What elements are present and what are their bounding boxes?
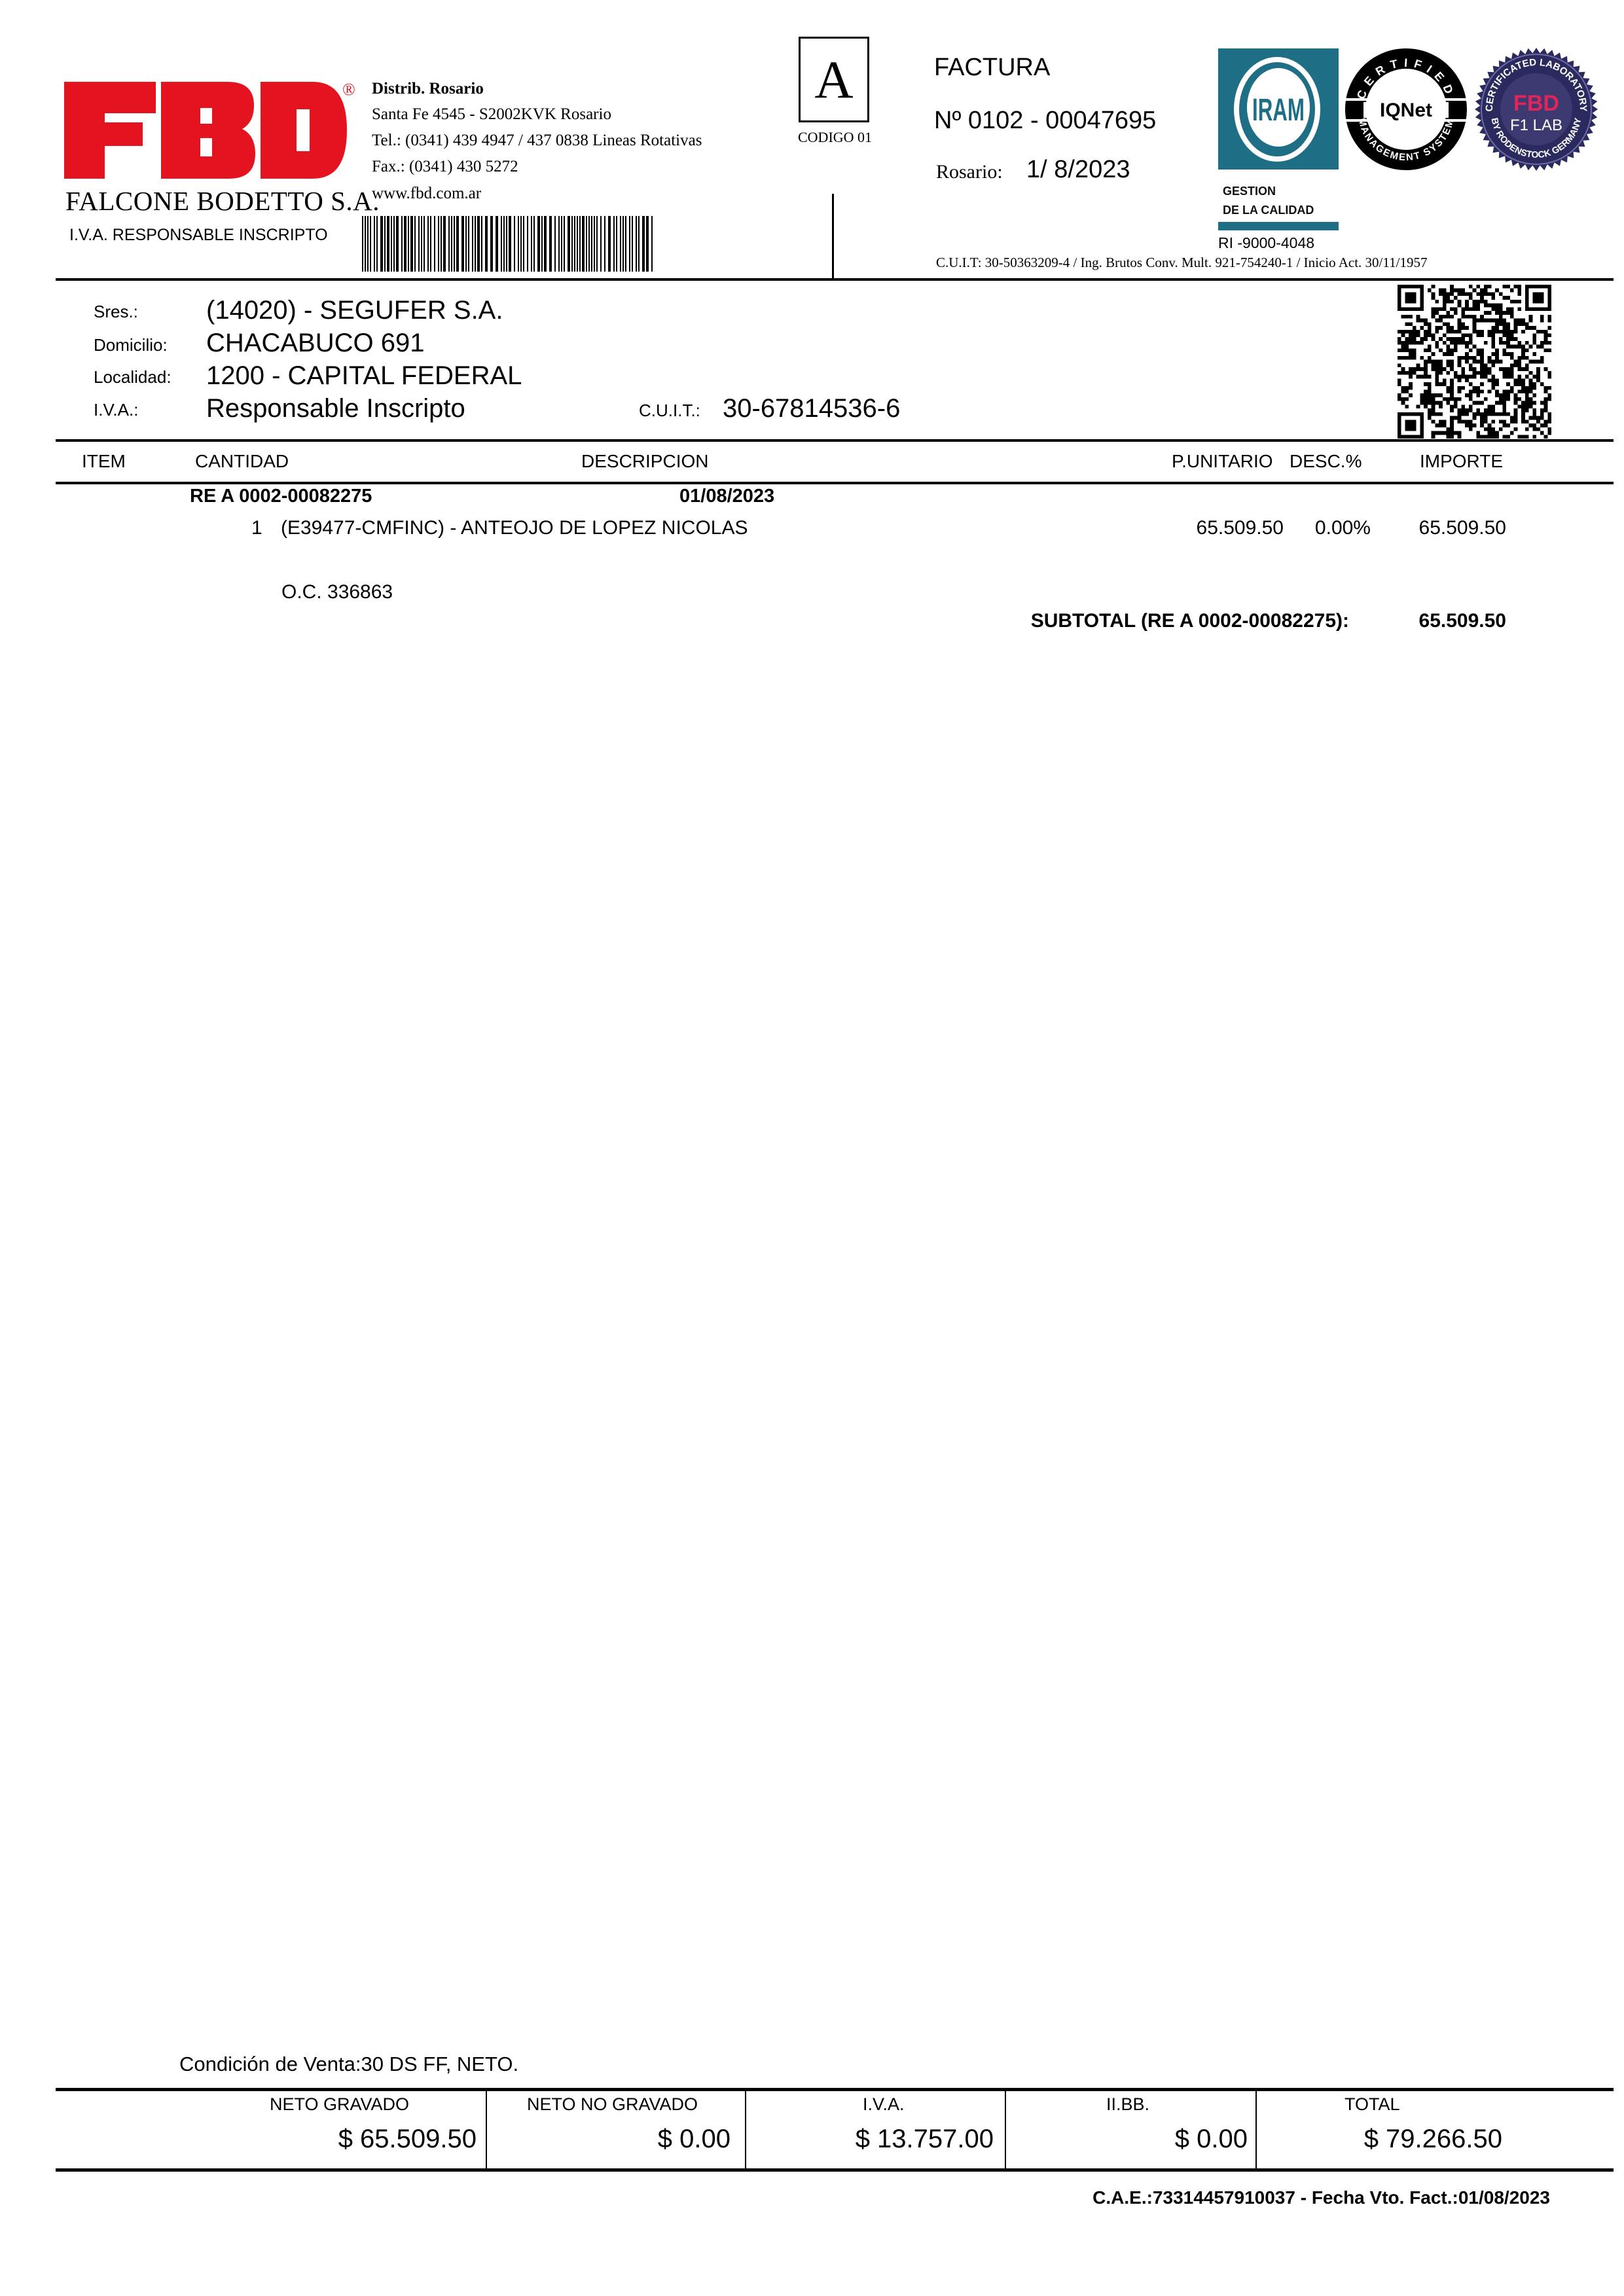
total-label-iibb: II.BB.	[1106, 2094, 1149, 2115]
invoice-code: CODIGO 01	[798, 129, 872, 146]
iram-bar	[1218, 222, 1339, 230]
customer-address: CHACABUCO 691	[206, 329, 424, 358]
issuer-address: Santa Fe 4545 - S2002KVK Rosario	[372, 105, 611, 124]
customer-city: 1200 - CAPITAL FEDERAL	[206, 361, 522, 391]
total-label-total: TOTAL	[1344, 2094, 1400, 2115]
f1lab-badge: CERTIFICATED LABORATORY FBD F1 LAB BY RO…	[1474, 47, 1598, 171]
invoice-place-label: Rosario:	[936, 161, 1003, 183]
totals-divider	[745, 2090, 746, 2171]
customer-name-label: Sres.:	[94, 302, 138, 322]
iram-text: IRAM	[1252, 93, 1305, 128]
customer-separator	[56, 439, 1614, 442]
iram-logo: IRAM	[1218, 48, 1339, 170]
remito-number: RE A 0002-00082275	[190, 486, 372, 507]
qr-code	[1398, 285, 1551, 439]
total-label-iva: I.V.A.	[863, 2094, 905, 2115]
customer-cuit: 30-67814536-6	[723, 394, 900, 423]
invoice-number: Nº 0102 - 00047695	[934, 107, 1156, 135]
total-value-neto-no-gravado: $ 0.00	[658, 2125, 731, 2154]
svg-text:F1 LAB: F1 LAB	[1510, 117, 1562, 134]
issuer-website: www.fbd.com.ar	[372, 185, 481, 203]
totals-bottom-line	[56, 2168, 1614, 2172]
iram-caption-2: DE LA CALIDAD	[1223, 201, 1314, 220]
issuer-tax-info: C.U.I.T: 30-50363209-4 / Ing. Brutos Con…	[936, 255, 1427, 271]
subtotal-label: SUBTOTAL (RE A 0002-00082275):	[1031, 610, 1349, 632]
invoice-letter-box: A	[799, 37, 869, 122]
total-value-total: $ 79.266.50	[1364, 2125, 1502, 2154]
sale-condition: Condición de Venta:30 DS FF, NETO.	[179, 2053, 518, 2076]
issuer-fax: Fax.: (0341) 430 5272	[372, 158, 518, 176]
iram-registration: RI -9000-4048	[1218, 234, 1314, 252]
column-header-unit-price: P.UNITARIO	[1172, 451, 1273, 472]
total-value-neto-gravado: $ 65.509.50	[338, 2125, 477, 2154]
header-divider	[832, 194, 834, 279]
total-value-iibb: $ 0.00	[1175, 2125, 1248, 2154]
purchase-order-note: O.C. 336863	[281, 581, 393, 603]
customer-iva-label: I.V.A.:	[94, 400, 138, 420]
column-header-item: ITEM	[82, 451, 126, 472]
row-unit-price: 65.509.50	[1197, 517, 1284, 539]
row-description: (E39477-CMFINC) - ANTEOJO DE LOPEZ NICOL…	[281, 517, 748, 539]
barcode	[362, 216, 658, 272]
row-amount: 65.509.50	[1419, 517, 1506, 539]
total-value-iva: $ 13.757.00	[856, 2125, 994, 2154]
customer-city-label: Localidad:	[94, 367, 171, 387]
issuer-phone: Tel.: (0341) 439 4947 / 437 0838 Lineas …	[372, 132, 702, 150]
totals-top-line	[56, 2088, 1614, 2091]
branch-title: Distrib. Rosario	[372, 80, 484, 98]
cae-info: C.A.E.:73314457910037 - Fecha Vto. Fact.…	[1092, 2187, 1550, 2208]
column-header-amount: IMPORTE	[1420, 451, 1503, 472]
svg-text:IQNet: IQNet	[1380, 99, 1432, 121]
row-discount: 0.00%	[1315, 517, 1371, 539]
total-label-neto-no-gravado: NETO NO GRAVADO	[527, 2094, 698, 2115]
company-name: FALCONE BODETTO S.A.	[65, 185, 380, 217]
customer-address-label: Domicilio:	[94, 335, 168, 355]
invoice-type: FACTURA	[934, 54, 1050, 82]
totals-divider	[486, 2090, 487, 2171]
subtotal-value: 65.509.50	[1419, 610, 1506, 632]
remito-date: 01/08/2023	[679, 486, 774, 507]
customer-name: (14020) - SEGUFER S.A.	[206, 296, 503, 325]
iram-caption: GESTION DE LA CALIDAD	[1223, 182, 1314, 220]
column-header-quantity: CANTIDAD	[195, 451, 289, 472]
row-quantity: 1	[251, 517, 262, 539]
customer-iva: Responsable Inscripto	[206, 394, 465, 423]
total-label-neto-gravado: NETO GRAVADO	[270, 2094, 409, 2115]
svg-text:FBD: FBD	[1513, 91, 1559, 116]
totals-divider	[1255, 2090, 1257, 2171]
fbd-logo	[64, 82, 347, 179]
column-header-discount: DESC.%	[1290, 451, 1362, 472]
totals-divider	[1005, 2090, 1006, 2171]
table-header-separator	[56, 482, 1614, 484]
registered-mark: ®	[342, 80, 355, 99]
header-separator	[56, 278, 1614, 281]
invoice-date: 1/ 8/2023	[1026, 156, 1130, 184]
customer-cuit-label: C.U.I.T.:	[639, 401, 700, 421]
iqnet-badge: CERTIFIED IQNet MANAGEMENT SYSTEM	[1344, 47, 1468, 171]
column-header-description: DESCRIPCION	[581, 451, 708, 472]
issuer-iva-condition: I.V.A. RESPONSABLE INSCRIPTO	[69, 226, 328, 245]
iram-caption-1: GESTION	[1223, 182, 1314, 201]
